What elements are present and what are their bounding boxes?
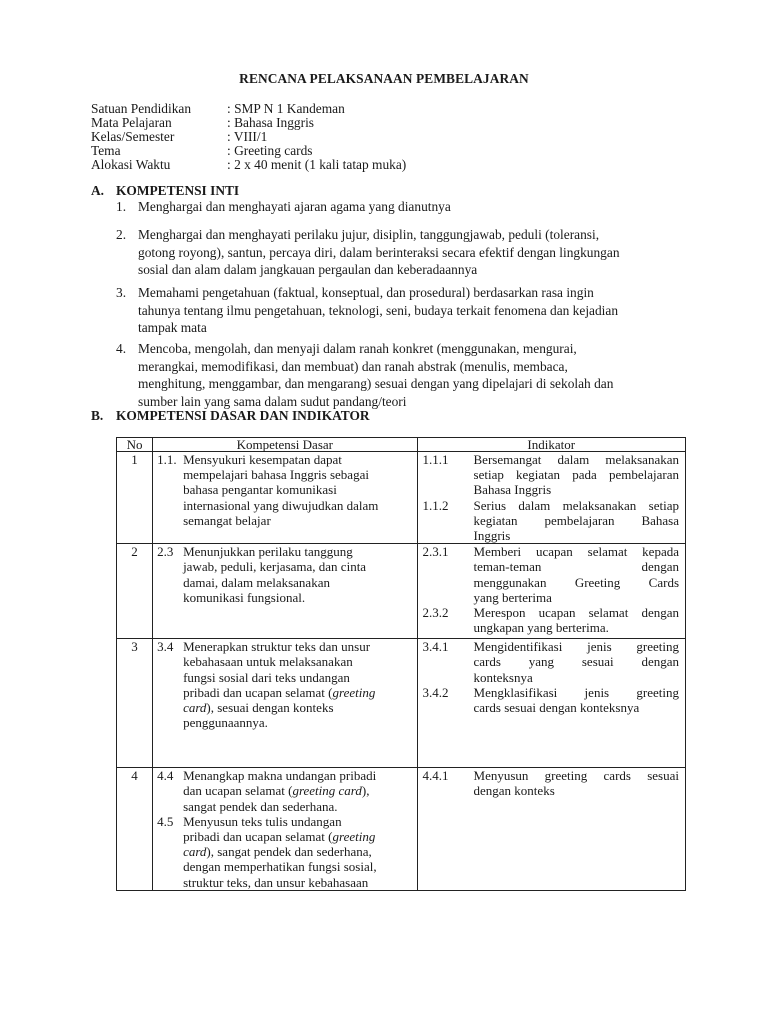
section-title: KOMPETENSI INTI <box>116 183 239 198</box>
kompetensi-dasar-entry: 3.4Menerapkan struktur teks dan unsurkeb… <box>157 639 416 730</box>
section-a-heading: A.KOMPETENSI INTI <box>91 183 239 199</box>
table-row: 11.1.Mensyukuri kesempatan dapatmempelaj… <box>117 452 686 544</box>
row-number: 3 <box>117 639 153 768</box>
table-header-row: No Kompetensi Dasar Indikator <box>117 438 686 452</box>
section-b-heading: B.KOMPETENSI DASAR DAN INDIKATOR <box>91 408 370 424</box>
table-row: 33.4Menerapkan struktur teks dan unsurke… <box>117 639 686 768</box>
item-number: 3. <box>116 284 126 302</box>
indikator-cell: 3.4.1Mengidentifikasi jenis greetingcard… <box>417 639 685 768</box>
kompetensi-dasar-entry: 2.3Menunjukkan perilaku tanggungjawab, p… <box>157 544 416 605</box>
kd-code: 4.5 <box>157 814 173 829</box>
item-text: Mencoba, mengolah, dan menyaji dalam ran… <box>138 340 708 410</box>
indikator-entry: 2.3.1Memberi ucapan selamat kepadateman-… <box>423 544 679 605</box>
kompetensi-dasar-cell: 3.4Menerapkan struktur teks dan unsurkeb… <box>153 639 417 768</box>
kd-code: 3.4 <box>157 639 173 654</box>
row-number: 2 <box>117 544 153 639</box>
item-number: 4. <box>116 340 126 358</box>
indikator-code: 4.4.1 <box>423 768 449 783</box>
indikator-code: 3.4.1 <box>423 639 449 654</box>
indikator-code: 1.1.1 <box>423 452 449 467</box>
indikator-code: 2.3.2 <box>423 605 449 620</box>
indikator-entry: 4.4.1Menyusun greeting cards sesuaidenga… <box>423 768 679 798</box>
section-letter: A. <box>91 183 116 199</box>
identity-label: Alokasi Waktu <box>91 157 170 173</box>
header-no: No <box>117 438 153 452</box>
indikator-entry: 2.3.2Merespon ucapan selamat denganungka… <box>423 605 679 635</box>
row-number: 4 <box>117 768 153 891</box>
indikator-cell: 1.1.1Bersemangat dalam melaksanakansetia… <box>417 452 685 544</box>
header-kompetensi-dasar: Kompetensi Dasar <box>153 438 417 452</box>
item-text: Memahami pengetahuan (faktual, konseptua… <box>138 284 708 337</box>
kompetensi-dasar-cell: 2.3Menunjukkan perilaku tanggungjawab, p… <box>153 544 417 639</box>
indikator-cell: 4.4.1Menyusun greeting cards sesuaidenga… <box>417 768 685 891</box>
kompetensi-dasar-cell: 4.4Menangkap makna undangan pribadidan u… <box>153 768 417 891</box>
indikator-entry: 3.4.2Mengklasifikasi jenis greetingcards… <box>423 685 679 715</box>
indikator-entry: 1.1.2Serius dalam melaksanakan setiapkeg… <box>423 498 679 544</box>
indikator-code: 1.1.2 <box>423 498 449 513</box>
item-text: Menghargai dan menghayati ajaran agama y… <box>138 198 708 216</box>
item-text: Menghargai dan menghayati perilaku jujur… <box>138 226 708 279</box>
kd-code: 1.1. <box>157 452 177 467</box>
kompetensi-dasar-cell: 1.1.Mensyukuri kesempatan dapatmempelaja… <box>153 452 417 544</box>
indikator-entry: 1.1.1Bersemangat dalam melaksanakansetia… <box>423 452 679 498</box>
identity-value: : 2 x 40 menit (1 kali tatap muka) <box>227 157 406 173</box>
item-number: 1. <box>116 198 126 216</box>
table-row: 22.3Menunjukkan perilaku tanggungjawab, … <box>117 544 686 639</box>
row-number: 1 <box>117 452 153 544</box>
indikator-code: 3.4.2 <box>423 685 449 700</box>
kd-code: 2.3 <box>157 544 173 559</box>
item-number: 2. <box>116 226 126 244</box>
kompetensi-dasar-entry: 4.5Menyusun teks tulis undanganpribadi d… <box>157 814 416 890</box>
kompetensi-dasar-table: No Kompetensi Dasar Indikator 11.1.Mensy… <box>116 437 686 891</box>
kd-code: 4.4 <box>157 768 173 783</box>
indikator-code: 2.3.1 <box>423 544 449 559</box>
section-title: KOMPETENSI DASAR DAN INDIKATOR <box>116 408 370 423</box>
indikator-cell: 2.3.1Memberi ucapan selamat kepadateman-… <box>417 544 685 639</box>
kompetensi-dasar-entry: 1.1.Mensyukuri kesempatan dapatmempelaja… <box>157 452 416 528</box>
kompetensi-dasar-entry: 4.4Menangkap makna undangan pribadidan u… <box>157 768 416 814</box>
header-indikator: Indikator <box>417 438 685 452</box>
indikator-entry: 3.4.1Mengidentifikasi jenis greetingcard… <box>423 639 679 685</box>
section-letter: B. <box>91 408 116 424</box>
document-title: RENCANA PELAKSANAAN PEMBELAJARAN <box>0 71 768 87</box>
table-row: 44.4Menangkap makna undangan pribadidan … <box>117 768 686 891</box>
